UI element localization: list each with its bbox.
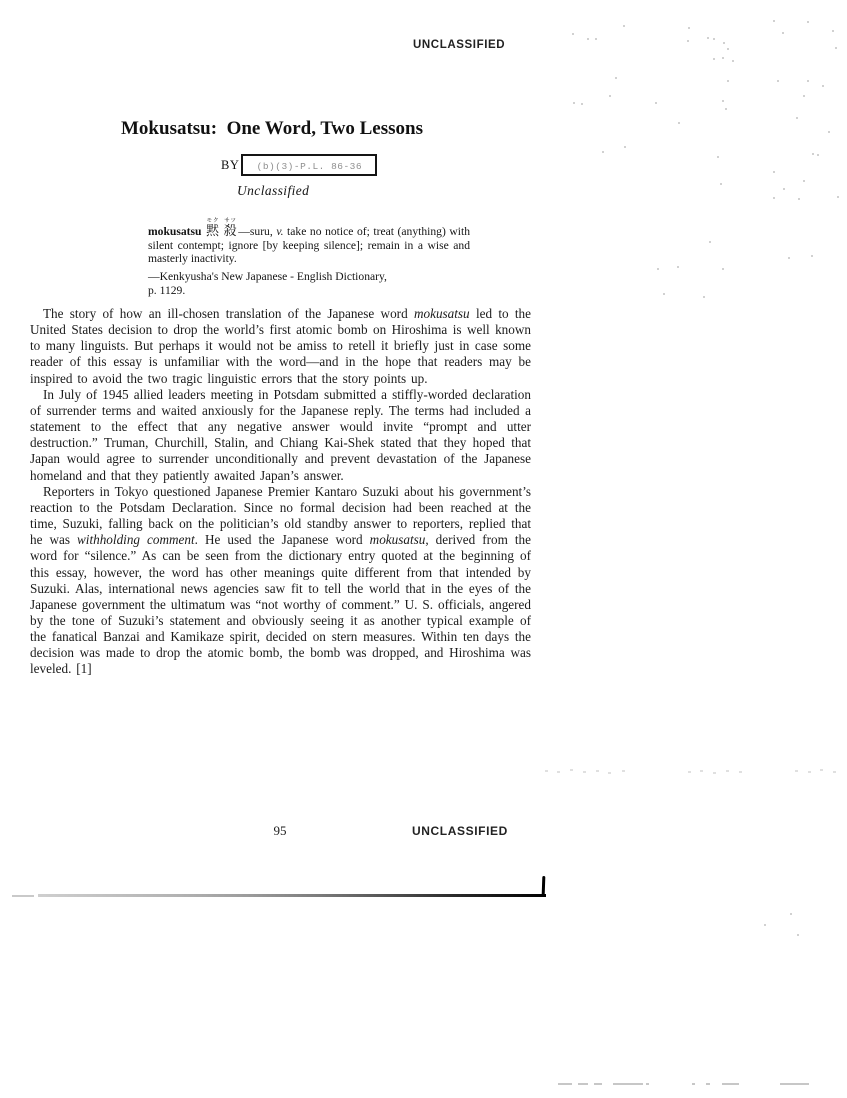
scan-dash-segment: [613, 1083, 643, 1085]
document-page: UNCLASSIFIED Mokusatsu: One Word, Two Le…: [0, 0, 847, 1098]
redaction-code: (b)(3)-P.L. 86-36: [257, 161, 362, 172]
scan-noise-dot: [739, 771, 742, 773]
scan-noise-dot: [817, 154, 819, 156]
kanji-mokusatsu: 黙モク 殺サツ: [205, 223, 238, 238]
scan-noise-dot: [545, 770, 548, 772]
scan-noise-dot: [812, 153, 814, 155]
header-classification: UNCLASSIFIED: [413, 39, 505, 51]
scan-noise-dot: [596, 770, 599, 772]
scan-noise-dot: [703, 296, 705, 298]
scan-noise-dot: [828, 131, 830, 133]
scan-noise-dot: [720, 183, 722, 185]
scan-noise-dot: [725, 108, 727, 110]
footer-classification: UNCLASSIFIED: [412, 824, 508, 838]
scan-noise-dot: [790, 913, 792, 915]
scan-noise-dot: [570, 769, 573, 771]
scan-noise-dot: [700, 770, 703, 772]
scan-noise-dot: [822, 85, 824, 87]
scan-noise-dot: [773, 20, 775, 22]
scan-noise-dot: [572, 33, 574, 35]
scan-noise-dot: [820, 769, 823, 771]
scan-noise-dot: [655, 102, 657, 104]
scan-noise-dot: [587, 38, 589, 40]
scan-noise-dot: [798, 198, 800, 200]
scan-noise-dot: [622, 770, 625, 772]
scan-noise-dot: [796, 117, 798, 119]
scan-noise-dot: [709, 241, 711, 243]
scan-noise-dot: [773, 197, 775, 199]
scan-noise-dot: [717, 156, 719, 158]
dictionary-headword: mokusatsu: [148, 225, 201, 238]
scan-noise-dot: [583, 771, 586, 773]
scan-noise-dot: [602, 151, 604, 153]
dictionary-attribution-page: p. 1129.: [148, 284, 185, 297]
page-number: 95: [260, 823, 300, 839]
scan-noise-dot: [807, 80, 809, 82]
scan-noise-dot: [803, 95, 805, 97]
dictionary-definition: mokusatsu 黙モク 殺サツ—suru, v. take no notic…: [148, 218, 470, 266]
scan-noise-dot: [783, 188, 785, 190]
scan-noise-dot: [803, 180, 805, 182]
redaction-box: (b)(3)-P.L. 86-36: [241, 154, 377, 176]
scan-noise-dot: [608, 772, 611, 774]
body-paragraph: In July of 1945 allied leaders meeting i…: [30, 387, 531, 484]
scan-noise-dot: [687, 40, 689, 42]
scan-noise-dot: [722, 268, 724, 270]
byline: BY (b)(3)-P.L. 86-36: [221, 154, 377, 176]
scan-noise-dot: [677, 266, 679, 268]
scan-noise-dot: [833, 771, 836, 773]
scan-noise-dot: [795, 770, 798, 772]
scan-noise-dot: [832, 30, 834, 32]
scan-noise-dot: [615, 77, 617, 79]
scan-dash-segment: [780, 1083, 809, 1085]
scan-noise-dot: [797, 934, 799, 936]
scan-noise-dot: [727, 48, 729, 50]
scan-noise-dot: [726, 770, 729, 772]
scan-noise-dot: [657, 268, 659, 270]
scan-noise-dot: [782, 32, 784, 34]
scan-noise-dot: [788, 257, 790, 259]
scan-noise-dot: [713, 772, 716, 774]
scan-noise-dot: [764, 924, 766, 926]
scan-dash-segment: [722, 1083, 739, 1085]
dictionary-attribution-source: —Kenkyusha's New Japanese - English Dict…: [148, 270, 387, 283]
scan-noise-dot: [837, 196, 839, 198]
scan-noise-dot: [609, 95, 611, 97]
scan-dash-segment: [558, 1083, 572, 1085]
scan-noise-dot: [678, 122, 680, 124]
scan-noise-dot: [663, 293, 665, 295]
scan-noise-dot: [722, 100, 724, 102]
scan-dash-segment: [646, 1083, 649, 1085]
classification-note: Unclassified: [237, 183, 309, 199]
scan-noise-dot: [723, 42, 725, 44]
scan-noise-dot: [573, 102, 575, 104]
scan-noise-dot: [688, 27, 690, 29]
scan-noise-dot: [808, 771, 811, 773]
scan-noise-dot: [727, 80, 729, 82]
scan-noise-dot: [835, 47, 837, 49]
scan-artifact-dash: [12, 895, 34, 897]
byline-label: BY: [221, 158, 239, 173]
scan-noise-dot: [688, 771, 691, 773]
scan-noise-dot: [623, 25, 625, 27]
scan-noise-dot: [557, 771, 560, 773]
dictionary-entry: mokusatsu 黙モク 殺サツ—suru, v. take no notic…: [148, 218, 470, 298]
dictionary-attribution: —Kenkyusha's New Japanese - English Dict…: [148, 270, 470, 297]
scan-noise-dot: [707, 37, 709, 39]
scan-noise-dot: [581, 103, 583, 105]
scan-dash-segment: [692, 1083, 695, 1085]
scan-noise-dot: [773, 171, 775, 173]
scan-noise-dot: [732, 60, 734, 62]
scan-artifact-line: [38, 894, 546, 897]
article-title: Mokusatsu: One Word, Two Lessons: [121, 118, 423, 140]
scan-dash-segment: [594, 1083, 602, 1085]
scan-noise-dot: [777, 80, 779, 82]
scan-noise-dot: [807, 21, 809, 23]
scan-noise-dot: [624, 146, 626, 148]
article-body: The story of how an ill-chosen translati…: [30, 306, 531, 678]
scan-noise-dot: [713, 58, 715, 60]
body-paragraph: Reporters in Tokyo questioned Japanese P…: [30, 484, 531, 678]
body-paragraph: The story of how an ill-chosen translati…: [30, 306, 531, 387]
scan-dash-segment: [578, 1083, 588, 1085]
scan-noise-dot: [722, 57, 724, 59]
scan-noise-dot: [595, 38, 597, 40]
scan-noise-dot: [811, 255, 813, 257]
scan-noise-dot: [713, 38, 715, 40]
scan-dash-segment: [706, 1083, 710, 1085]
